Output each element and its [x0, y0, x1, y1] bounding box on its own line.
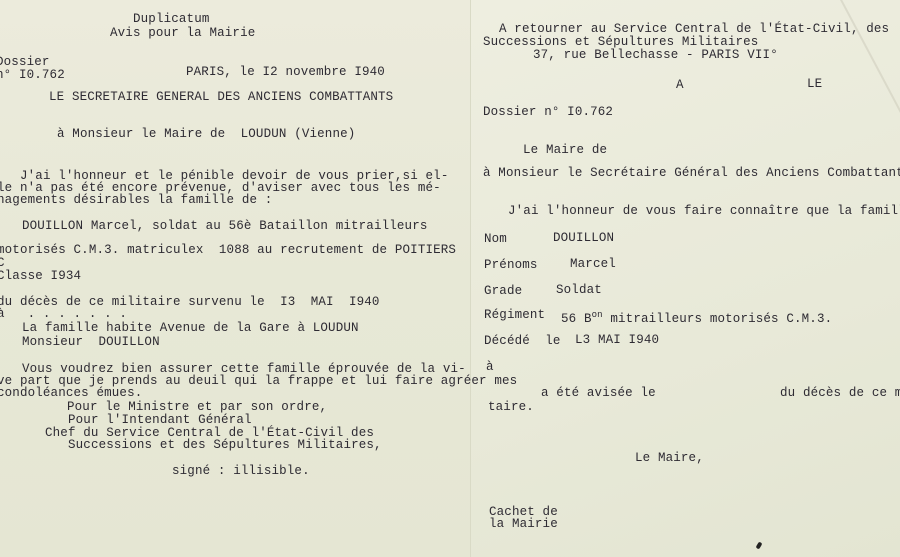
- field-value-decede: L3 MAI I940: [575, 334, 659, 347]
- from-mayor: Le Maire de: [523, 144, 607, 157]
- dossier-number: n° I0.762: [0, 69, 65, 82]
- death-of-line: du décès de ce mili-: [780, 387, 900, 400]
- field-label-prenoms: Prénoms: [484, 259, 538, 272]
- field-label-nom: Nom: [484, 233, 507, 246]
- place-label: A: [676, 79, 684, 92]
- para1-line3: nagements désirables la famille de :: [0, 194, 272, 207]
- sender-title: LE SECRETAIRE GENERAL DES ANCIENS COMBAT…: [49, 91, 393, 104]
- field-value-regiment: 56 Bon mitrailleurs motorisés C.M.3.: [561, 309, 832, 326]
- soldier-line2: motorisés C.M.3. matriculex 1088 au recr…: [0, 244, 456, 257]
- family-address: La famille habite Avenue de la Gare à LO…: [22, 322, 359, 335]
- recipient-line: à Monsieur le Maire de LOUDUN (Vienne): [57, 128, 355, 141]
- place-date: PARIS, le I2 novembre I940: [186, 66, 385, 79]
- class-line: Classe I934: [0, 270, 81, 283]
- a-mark: à: [486, 361, 494, 374]
- notified-line: a été avisée le: [541, 387, 656, 400]
- return-line3: 37, rue Bellechasse - PARIS VII°: [533, 49, 778, 62]
- field-value-nom: DOUILLON: [553, 232, 614, 245]
- header-avis: Avis pour la Mairie: [110, 27, 255, 40]
- signature: signé : illisible.: [172, 465, 310, 478]
- field-label-regiment: Régiment: [484, 309, 545, 322]
- field-value-prenoms: Marcel: [570, 258, 616, 271]
- date-label: LE: [807, 78, 822, 91]
- field-label-grade: Grade: [484, 285, 522, 298]
- para2-line3: condoléances émues.: [0, 387, 142, 400]
- notified-end: taire.: [488, 401, 534, 414]
- field-value-grade: Soldat: [556, 284, 602, 297]
- family-contact: Monsieur DOUILLON: [22, 336, 160, 349]
- sign-line4: Successions et des Sépultures Militaires…: [68, 439, 382, 452]
- soldier-line1: DOUILLON Marcel, soldat au 56è Bataillon…: [22, 220, 428, 233]
- to-secretary: à Monsieur le Secrétaire Général des Anc…: [483, 167, 900, 180]
- header-duplicatum: Duplicatum: [133, 13, 210, 26]
- page-seam: [470, 0, 471, 557]
- mayor-signature: Le Maire,: [635, 452, 704, 465]
- right-document-page: [470, 0, 900, 557]
- death-place: à . . . . . . .: [0, 308, 127, 321]
- stamp-line2: la Mairie: [489, 518, 558, 531]
- intro-line: J'ai l'honneur de vous faire connaître q…: [508, 205, 900, 218]
- field-label-decede: Décédé le: [484, 335, 561, 348]
- right-dossier: Dossier n° I0.762: [483, 106, 613, 119]
